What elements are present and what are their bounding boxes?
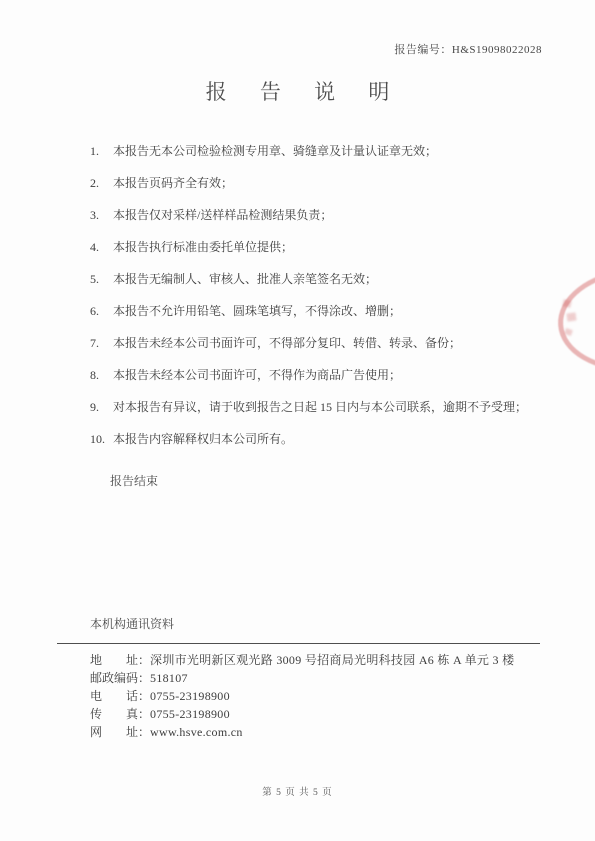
report-number-label: 报告编号：	[394, 44, 452, 56]
contact-value: 0755-23198900	[150, 705, 545, 723]
contact-row-phone: 电 话： 0755-23198900	[90, 687, 545, 705]
note-text: 本报告无编制人、审核人、批准人亲笔签名无效；	[113, 273, 545, 286]
contact-info-block: 地 址： 深圳市光明新区观光路 3009 号招商局光明科技园 A6 栋 A 单元…	[90, 651, 545, 741]
note-number: 2.	[90, 177, 113, 190]
note-item-3: 3. 本报告仅对采样/送样样品检测结果负责；	[90, 209, 545, 222]
red-seal-mark	[566, 312, 576, 321]
note-text: 本报告不允许用铅笔、圆珠笔填写，不得涂改、增删；	[113, 305, 545, 318]
note-item-6: 6. 本报告不允许用铅笔、圆珠笔填写，不得涂改、增删；	[90, 305, 545, 318]
contact-value: 深圳市光明新区观光路 3009 号招商局光明科技园 A6 栋 A 单元 3 楼	[150, 651, 545, 669]
note-number: 1.	[90, 145, 113, 158]
note-item-8: 8. 本报告未经本公司书面许可，不得作为商品广告使用；	[90, 369, 545, 382]
contact-label: 网 址：	[90, 723, 150, 741]
note-text: 对本报告有异议，请于收到报告之日起 15 日内与本公司联系，逾期不予受理；	[113, 401, 545, 414]
contact-value: www.hsve.com.cn	[150, 723, 545, 741]
contact-row-address: 地 址： 深圳市光明新区观光路 3009 号招商局光明科技园 A6 栋 A 单元…	[90, 651, 545, 669]
note-item-4: 4. 本报告执行标准由委托单位提供；	[90, 241, 545, 254]
contact-label: 传 真：	[90, 705, 150, 723]
contact-value: 0755-23198900	[150, 687, 545, 705]
contact-label: 电 话：	[90, 687, 150, 705]
contact-value: 518107	[150, 669, 545, 687]
end-of-report-note: 报告结束	[110, 472, 158, 489]
note-item-9: 9. 对本报告有异议，请于收到报告之日起 15 日内与本公司联系，逾期不予受理；	[90, 401, 545, 414]
note-item-2: 2. 本报告页码齐全有效；	[90, 177, 545, 190]
note-number: 3.	[90, 209, 113, 222]
contact-section-heading: 本机构通讯资料	[90, 615, 174, 632]
contact-row-website: 网 址： www.hsve.com.cn	[90, 723, 545, 741]
note-item-7: 7. 本报告未经本公司书面许可，不得部分复印、转借、转录、备份；	[90, 337, 545, 350]
note-text: 本报告页码齐全有效；	[113, 177, 545, 190]
note-number: 6.	[90, 305, 113, 318]
contact-label: 邮政编码：	[90, 669, 150, 687]
note-number: 7.	[90, 337, 113, 350]
report-number: 报告编号：H&S19098022028	[394, 41, 542, 57]
note-item-1: 1. 本报告无本公司检验检测专用章、骑缝章及计量认证章无效；	[90, 145, 545, 158]
notes-list: 1. 本报告无本公司检验检测专用章、骑缝章及计量认证章无效； 2. 本报告页码齐…	[90, 145, 545, 465]
note-text: 本报告仅对采样/送样样品检测结果负责；	[113, 209, 545, 222]
note-number: 10.	[90, 433, 113, 446]
note-item-5: 5. 本报告无编制人、审核人、批准人亲笔签名无效；	[90, 273, 545, 286]
note-text: 本报告无本公司检验检测专用章、骑缝章及计量认证章无效；	[113, 145, 545, 158]
note-number: 4.	[90, 241, 113, 254]
page-number: 第 5 页 共 5 页	[0, 784, 595, 798]
note-number: 9.	[90, 401, 113, 414]
report-number-value: H&S19098022028	[452, 44, 542, 56]
contact-label: 地 址：	[90, 651, 150, 669]
note-text: 本报告未经本公司书面许可，不得部分复印、转借、转录、备份；	[113, 337, 545, 350]
note-text: 本报告内容解释权归本公司所有。	[113, 433, 545, 446]
contact-row-fax: 传 真： 0755-23198900	[90, 705, 545, 723]
note-number: 5.	[90, 273, 113, 286]
note-item-10: 10. 本报告内容解释权归本公司所有。	[90, 433, 545, 446]
contact-row-postcode: 邮政编码： 518107	[90, 669, 545, 687]
note-text: 本报告执行标准由委托单位提供；	[113, 241, 545, 254]
contact-divider-line	[57, 643, 540, 644]
report-page: 报告编号：H&S19098022028 报 告 说 明 1. 本报告无本公司检验…	[0, 0, 595, 841]
red-seal-mark	[562, 299, 571, 308]
note-number: 8.	[90, 369, 113, 382]
page-title: 报 告 说 明	[0, 76, 595, 106]
note-text: 本报告未经本公司书面许可，不得作为商品广告使用；	[113, 369, 545, 382]
